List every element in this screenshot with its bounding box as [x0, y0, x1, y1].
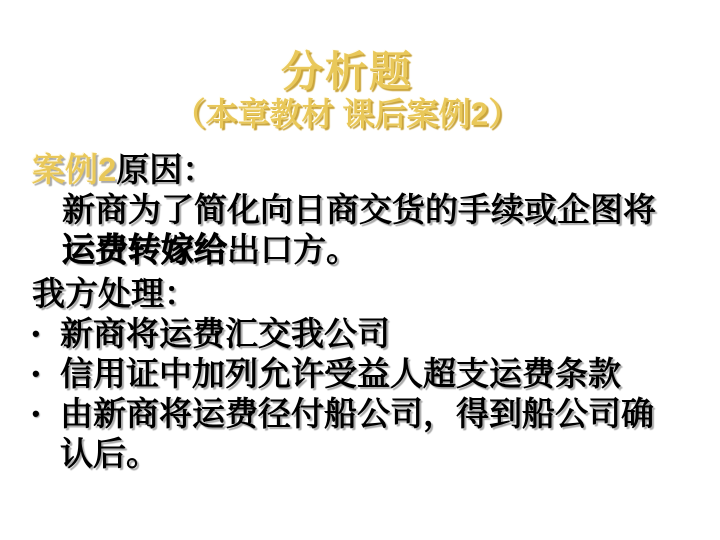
bullet-1-line-1: 新商将运费汇交我公司	[60, 314, 696, 354]
bullet-3-line-2: 认后。	[60, 434, 696, 474]
slide-body: 案例2原因： 新商为了简化向日商交货的手续或企图将 运费转嫁给出口方。 我方处理…	[32, 150, 696, 474]
slide-subtitle: （本章教材 课后案例2）	[0, 97, 694, 132]
handling-heading: 我方处理：	[32, 274, 696, 314]
bullet-item-2-text: 信用证中加列允许受益人超支运费条款	[60, 354, 696, 394]
reason-line-1: 新商为了简化向日商交货的手续或企图将	[62, 190, 696, 230]
case-label: 案例2	[32, 151, 116, 188]
slide-title: 分析题	[0, 50, 694, 94]
bullet-icon: •	[32, 314, 60, 354]
bullet-item-2: • 信用证中加列允许受益人超支运费条款	[32, 354, 696, 394]
bullet-item-3-text: 由新商将运费径付船公司，得到船公司确 认后。	[60, 394, 696, 474]
bullet-item-1-text: 新商将运费汇交我公司	[60, 314, 696, 354]
bullet-item-1: • 新商将运费汇交我公司	[32, 314, 696, 354]
reason-line-2-rest: 出口方。	[227, 231, 359, 268]
title-block: 分析题 （本章教材 课后案例2）	[0, 50, 720, 132]
bullet-icon: •	[32, 394, 60, 434]
case-heading-text: 原因：	[116, 151, 215, 188]
bullet-icon: •	[32, 354, 60, 394]
bullet-2-line-1: 信用证中加列允许受益人超支运费条款	[60, 354, 696, 394]
reason-emphasis-phrase: 运费转嫁给	[62, 231, 227, 268]
reason-paragraph: 新商为了简化向日商交货的手续或企图将 运费转嫁给出口方。	[62, 190, 696, 270]
case-reason-heading: 案例2原因：	[32, 150, 696, 190]
reason-line-2: 运费转嫁给出口方。	[62, 230, 696, 270]
presentation-slide: 分析题 （本章教材 课后案例2） 案例2原因： 新商为了简化向日商交货的手续或企…	[0, 0, 720, 540]
bullet-item-3: • 由新商将运费径付船公司，得到船公司确 认后。	[32, 394, 696, 474]
bullet-3-line-1: 由新商将运费径付船公司，得到船公司确	[60, 394, 696, 434]
